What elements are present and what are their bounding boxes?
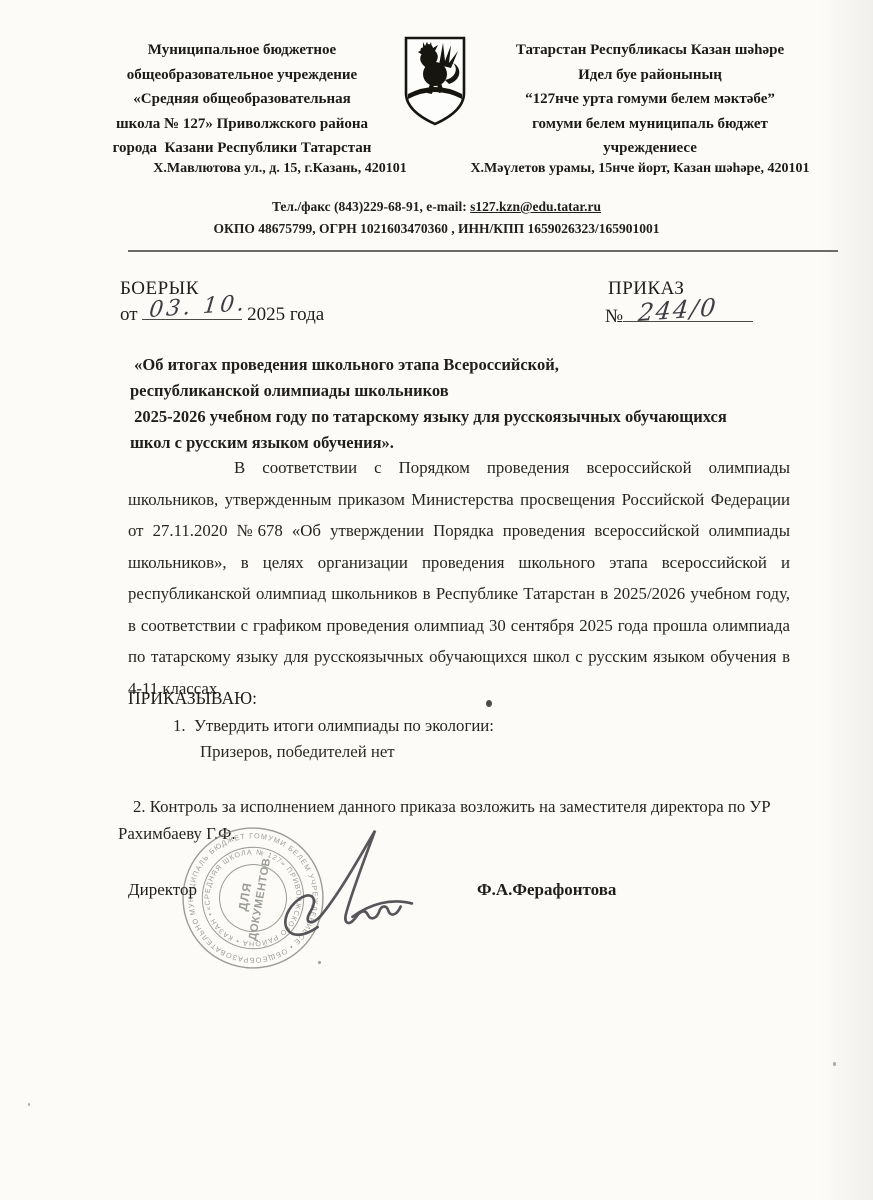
org-line: Муниципальное бюджетное xyxy=(84,38,400,63)
org-line: города Казани Республики Татарстан xyxy=(84,136,400,161)
contact-line-registration: ОКПО 48675799, ОГРН 1021603470360 , ИНН/… xyxy=(0,218,873,240)
org-line: школа № 127» Приволжского района xyxy=(84,112,400,137)
signer-name: Ф.А.Ферафонтова xyxy=(477,880,616,900)
scan-speck xyxy=(28,1103,30,1106)
order-date-row: от 03. 10. 2025 года xyxy=(120,304,324,326)
resolution-item-1-note: Призеров, победителей нет xyxy=(200,742,395,762)
order-body-paragraph: В соответствии с Порядком проведения все… xyxy=(128,452,790,704)
title-line: республиканской олимпиады школьников xyxy=(130,378,794,404)
order-number-row: №244/0 xyxy=(605,306,753,328)
phone-fax-text: Тел./факс (843)229-68-91, e-mail: xyxy=(272,199,470,214)
org-line: учреждениесе xyxy=(482,136,818,161)
date-blank-line: 03. 10. xyxy=(142,319,242,320)
ink-speck xyxy=(486,700,492,707)
director-signature xyxy=(254,824,414,946)
address-tatar: Х.Мәүлетов урамы, 15нче йорт, Казан шәһә… xyxy=(448,161,832,177)
email-text: s127.kzn@edu.tatar.ru xyxy=(470,199,601,214)
number-label: № xyxy=(605,306,623,327)
number-blank-line: 244/0 xyxy=(623,321,753,322)
document-page: Муниципальное бюджетное общеобразователь… xyxy=(0,0,873,1200)
title-line: 2025-2026 учебном году по татарскому язы… xyxy=(130,404,794,430)
org-line: “127нче урта гомуми белем мәктәбе” xyxy=(482,87,818,112)
handwritten-number: 244/0 xyxy=(637,293,719,327)
signer-role: Директор xyxy=(128,880,197,900)
org-line: Идел буе районының xyxy=(482,63,818,88)
scan-speck xyxy=(833,1062,836,1066)
date-prefix: от xyxy=(120,304,138,325)
scan-speck xyxy=(318,961,321,964)
org-line: Татарстан Республикасы Казан шәһәре xyxy=(482,38,818,63)
org-line: общеобразовательное учреждение xyxy=(84,63,400,88)
contact-line-phone: Тел./факс (843)229-68-91, e-mail: s127.k… xyxy=(0,196,873,218)
org-name-tatar: Татарстан Республикасы Казан шәһәре Идел… xyxy=(482,38,818,161)
address-russian: Х.Мавлютова ул., д. 15, г.Казань, 420101 xyxy=(112,161,448,177)
title-line: «Об итогах проведения школьного этапа Вс… xyxy=(130,352,794,378)
order-title: «Об итогах проведения школьного этапа Вс… xyxy=(130,352,794,456)
date-suffix: 2025 года xyxy=(247,304,324,325)
org-line: «Средняя общеобразовательная xyxy=(84,87,400,112)
org-line: гомуми белем муниципаль бюджет xyxy=(482,112,818,137)
contact-block: Тел./факс (843)229-68-91, e-mail: s127.k… xyxy=(0,196,873,240)
letterhead-divider xyxy=(128,250,838,252)
resolution-heading: ПРИКАЗЫВАЮ: xyxy=(128,688,257,709)
resolution-item-1: 1. Утвердить итоги олимпиады по экологии… xyxy=(173,716,494,736)
org-name-russian: Муниципальное бюджетное общеобразователь… xyxy=(84,38,400,161)
kazan-coat-of-arms-icon xyxy=(403,34,467,128)
